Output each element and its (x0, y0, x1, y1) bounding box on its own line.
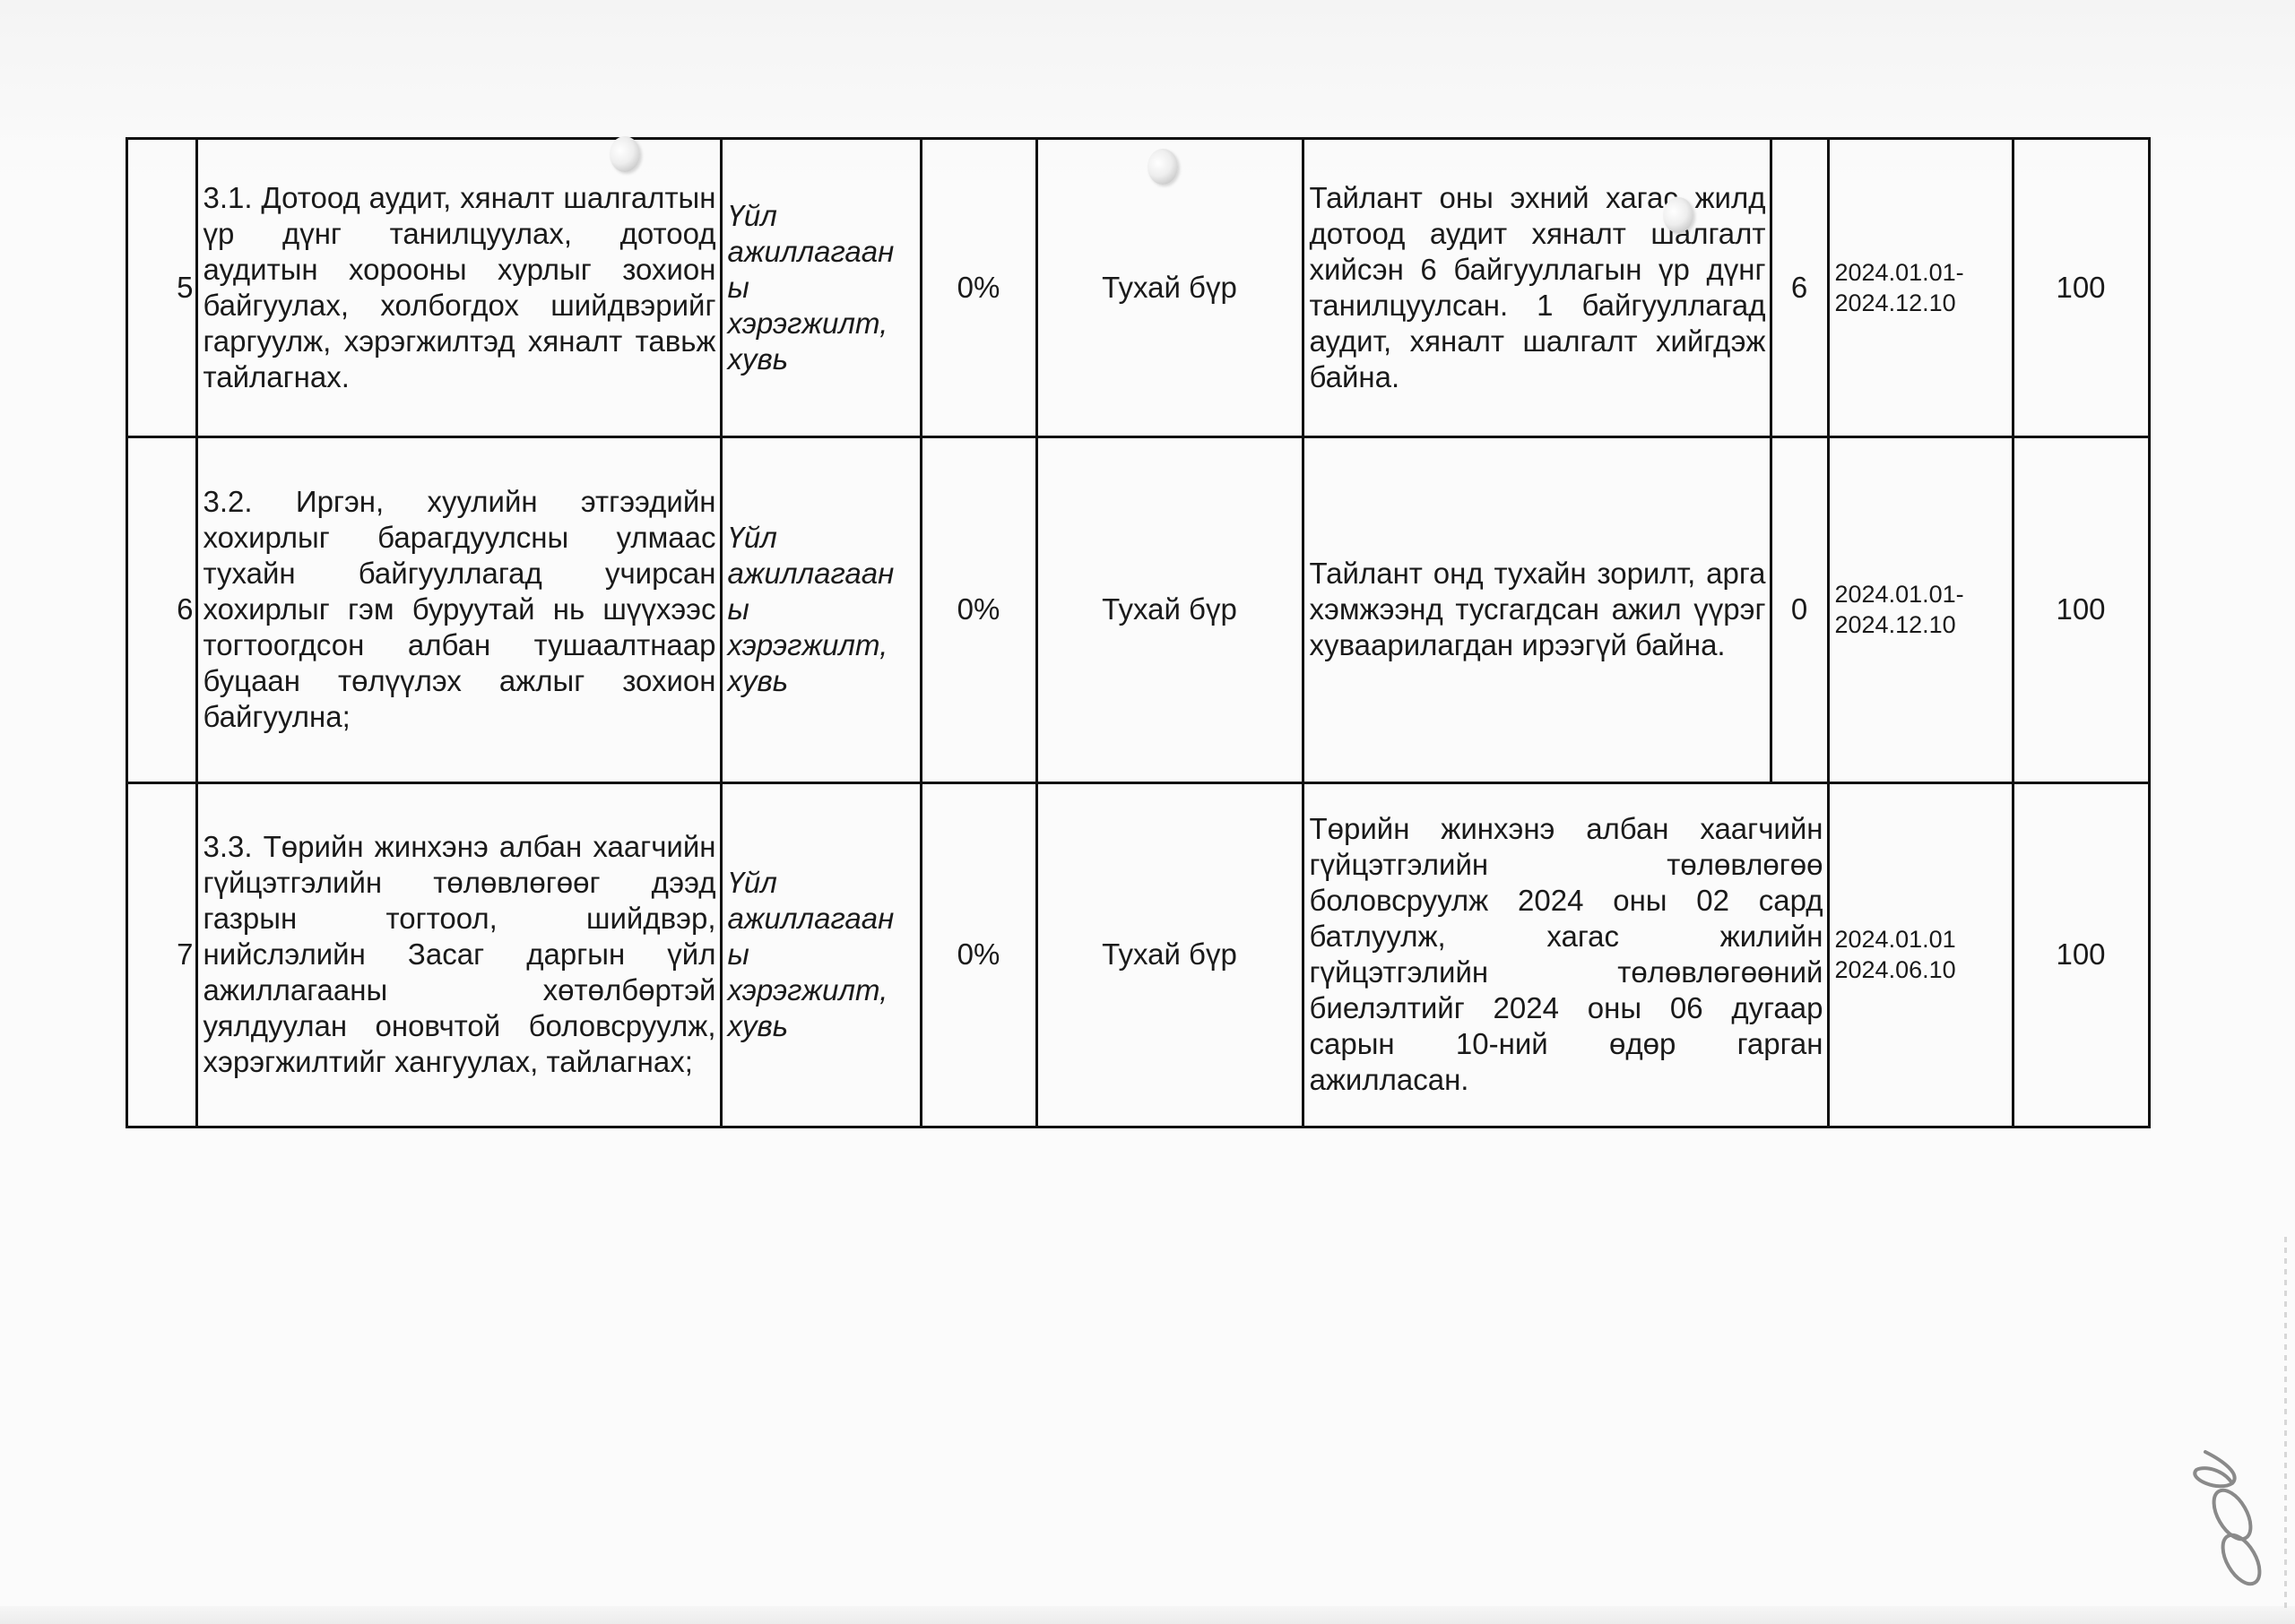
punch-hole-icon (1147, 149, 1178, 185)
task-description: 3.1. Дотоод аудит, хяналт шалгалтын үр д… (204, 180, 716, 395)
punch-hole-icon (1663, 197, 1693, 233)
frequency: Тухай бүр (1038, 937, 1302, 972)
score: 100 (2014, 937, 2148, 972)
period: 2024.01.01 2024.06.10 (1835, 924, 1970, 985)
report-text-cell: Тайлант оны эхний хагас жилд дотоод ауди… (1302, 137, 1772, 438)
report-text: Тайлант оны эхний хагас жилд дотоод ауди… (1310, 180, 1766, 395)
scan-right-edge (2284, 1237, 2287, 1613)
report-text-cell: Тайлант онд тухайн зорилт, арга хэмжээнд… (1302, 436, 1772, 784)
period: 2024.01.01- 2024.12.10 (1835, 579, 1970, 640)
score: 100 (2014, 592, 2148, 627)
row-number-cell: 6 (126, 436, 198, 784)
indicator-cell: Үйл ажиллагаан ы хэрэгжилт, хувь (720, 436, 922, 784)
frequency: Тухай бүр (1038, 592, 1302, 627)
score-cell: 100 (2012, 137, 2151, 438)
frequency: Тухай бүр (1038, 270, 1302, 306)
indicator: Үйл ажиллагаан ы хэрэгжилт, хувь (728, 520, 889, 699)
count-value: 0 (1772, 592, 1827, 627)
report-text: Тайлант онд тухайн зорилт, арга хэмжээнд… (1310, 556, 1766, 663)
count-value-cell: 6 (1770, 137, 1830, 438)
task-description-cell: 3.3. Төрийн жинхэнэ албан хаагчийн гүйцэ… (195, 782, 723, 1128)
indicator: Үйл ажиллагаан ы хэрэгжилт, хувь (728, 865, 889, 1044)
svg-text:200: 200 (2169, 1443, 2194, 1447)
period-cell: 2024.01.01- 2024.12.10 (1827, 137, 2014, 438)
frequency-cell: Тухай бүр (1035, 436, 1304, 784)
report-text: Төрийн жинхэнэ албан хаагчийн гүйцэтгэли… (1310, 811, 1823, 1098)
period-cell: 2024.01.01- 2024.12.10 (1827, 436, 2014, 784)
handwritten-page-number-icon: 200 (2169, 1443, 2277, 1595)
period-cell: 2024.01.01 2024.06.10 (1827, 782, 2014, 1128)
score: 100 (2014, 270, 2148, 306)
score-cell: 100 (2012, 436, 2151, 784)
count-value: 6 (1772, 270, 1827, 306)
score-cell: 100 (2012, 782, 2151, 1128)
baseline-value: 0% (922, 592, 1035, 627)
baseline-value-cell: 0% (920, 782, 1038, 1128)
indicator: Үйл ажиллагаан ы хэрэгжилт, хувь (728, 198, 889, 377)
row-number: 6 (128, 592, 194, 627)
baseline-value: 0% (922, 937, 1035, 972)
frequency-cell: Тухай бүр (1035, 782, 1304, 1128)
indicator-cell: Үйл ажиллагаан ы хэрэгжилт, хувь (720, 137, 922, 438)
task-description-cell: 3.2. Иргэн, хуулийн этгээдийн хохирлыг б… (195, 436, 723, 784)
task-description-cell: 3.1. Дотоод аудит, хяналт шалгалтын үр д… (195, 137, 723, 438)
count-value-cell: 0 (1770, 436, 1830, 784)
baseline-value: 0% (922, 270, 1035, 306)
task-description: 3.3. Төрийн жинхэнэ албан хаагчийн гүйцэ… (204, 829, 716, 1080)
row-number-cell: 7 (126, 782, 198, 1128)
task-description: 3.2. Иргэн, хуулийн этгээдийн хохирлыг б… (204, 484, 716, 735)
row-number: 7 (128, 937, 194, 972)
row-number-cell: 5 (126, 137, 198, 438)
scan-bottom-edge (0, 1606, 2295, 1624)
row-number: 5 (128, 270, 194, 306)
period: 2024.01.01- 2024.12.10 (1835, 257, 1970, 318)
punch-hole-icon (610, 136, 640, 172)
indicator-cell: Үйл ажиллагаан ы хэрэгжилт, хувь (720, 782, 922, 1128)
baseline-value-cell: 0% (920, 137, 1038, 438)
baseline-value-cell: 0% (920, 436, 1038, 784)
report-text-cell: Төрийн жинхэнэ албан хаагчийн гүйцэтгэли… (1302, 782, 1830, 1128)
